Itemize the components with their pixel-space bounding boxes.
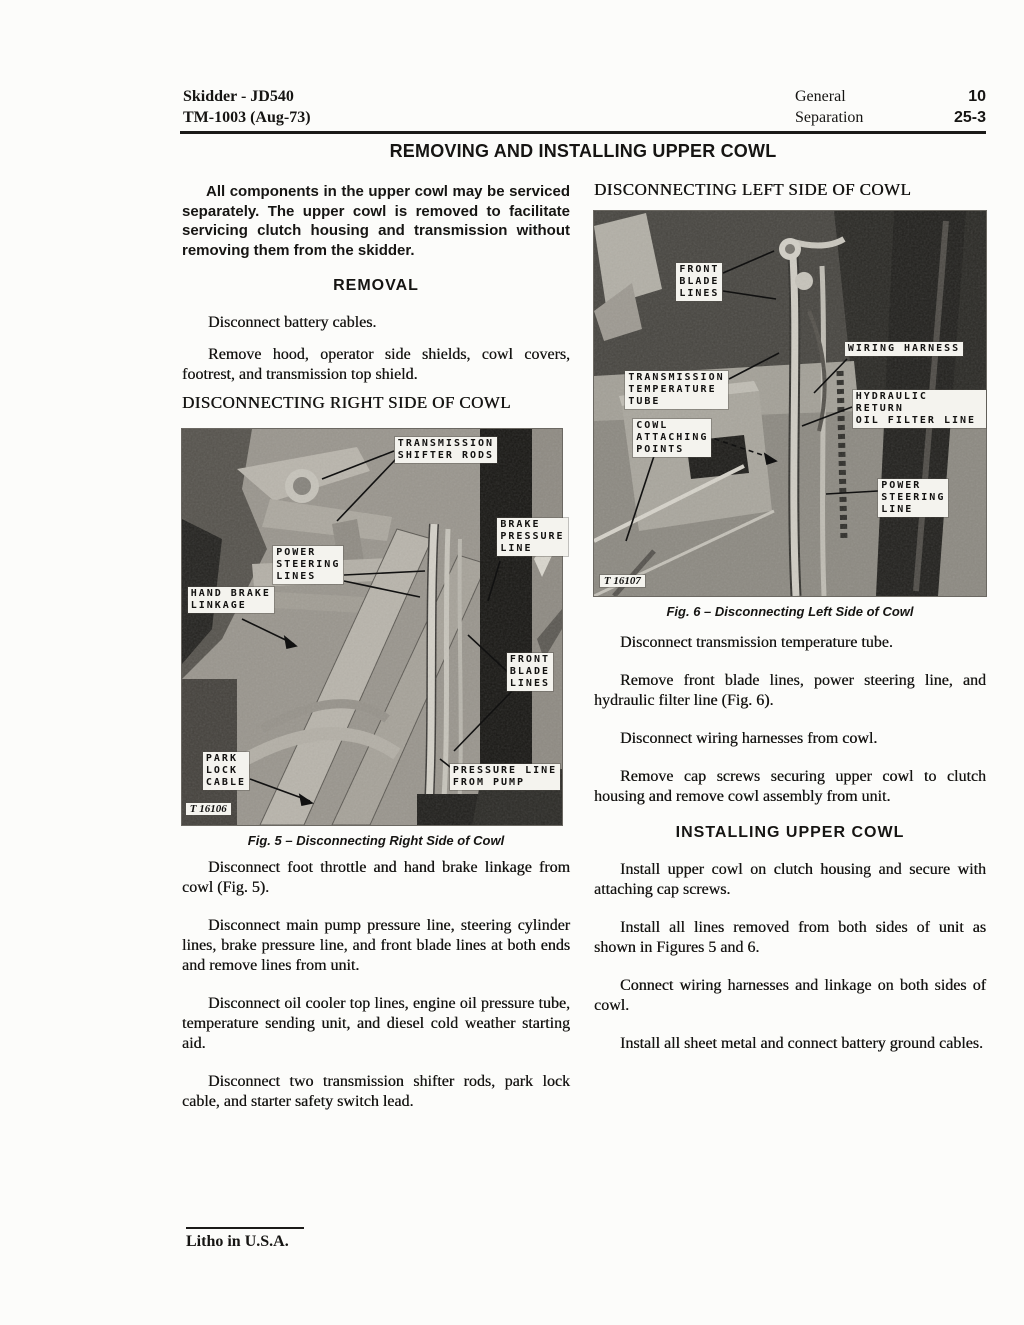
paragraph-oilcooler: Disconnect oil cooler top lines, engine … (182, 994, 570, 1054)
fig5-label-power-steering-lines: POWER STEERING LINES (273, 546, 343, 584)
header-model: Skidder - JD540 (183, 86, 311, 107)
header-group-number: 25-3 (954, 107, 986, 128)
paragraph-throttle: Disconnect foot throttle and hand brake … (182, 858, 570, 898)
figure-5-photo: TRANSMISSION SHIFTER RODS BRAKE PRESSURE… (182, 429, 562, 825)
fig5-photo-id: T 16106 (186, 803, 231, 815)
footer-litho: Litho in U.S.A. (186, 1233, 304, 1251)
intro-paragraph: All components in the upper cowl may be … (182, 182, 570, 260)
removal-heading: REMOVAL (182, 277, 570, 295)
disconnect-left-heading: DISCONNECTING LEFT SIDE OF COWL (594, 180, 986, 200)
page-title: REMOVING AND INSTALLING UPPER COWL (180, 141, 986, 162)
paragraph-wiring-harnesses: Disconnect wiring harnesses from cowl. (594, 729, 986, 749)
paragraph-hood: Remove hood, operator side shields, cowl… (182, 345, 570, 385)
installing-heading: INSTALLING UPPER COWL (594, 824, 986, 842)
figure-5-caption: Fig. 5 – Disconnecting Right Side of Cow… (182, 833, 570, 848)
fig5-label-hand-brake-linkage: HAND BRAKE LINKAGE (188, 587, 274, 613)
fig6-label-front-blade-lines: FRONT BLADE LINES (676, 263, 722, 301)
figure-6-caption: Fig. 6 – Disconnecting Left Side of Cowl (594, 604, 986, 619)
paragraph-battery: Disconnect battery cables. (182, 313, 570, 333)
paragraph-cap-screws: Remove cap screws securing upper cowl to… (594, 767, 986, 807)
paragraph-mainpump: Disconnect main pump pressure line, stee… (182, 916, 570, 976)
fig6-label-transmission-temperature-tube: TRANSMISSION TEMPERATURE TUBE (625, 371, 727, 409)
fig5-label-transmission-shifter-rods: TRANSMISSION SHIFTER RODS (395, 437, 497, 463)
fig6-label-cowl-attaching-points: COWL ATTACHING POINTS (633, 419, 711, 457)
header-rule (180, 131, 986, 134)
right-column: DISCONNECTING LEFT SIDE OF COWL (594, 180, 986, 1054)
fig6-label-wiring-harness: WIRING HARNESS (845, 342, 963, 356)
fig5-label-park-lock-cable: PARK LOCK CABLE (203, 752, 249, 790)
header-section-name: General (795, 86, 846, 107)
header-section-number: 10 (968, 86, 986, 107)
header-group-name: Separation (795, 107, 863, 128)
header-manual-number: TM-1003 (Aug-73) (183, 107, 311, 128)
left-column: All components in the upper cowl may be … (182, 176, 570, 1112)
header-right: General 10 Separation 25-3 (795, 86, 986, 128)
paragraph-install-cowl: Install upper cowl on clutch housing and… (594, 860, 986, 900)
fig5-label-front-blade-lines: FRONT BLADE LINES (507, 653, 553, 691)
fig5-label-brake-pressure-line: BRAKE PRESSURE LINE (497, 518, 567, 556)
fig6-label-power-steering-line: POWER STEERING LINE (878, 479, 948, 517)
paragraph-shifter-rods: Disconnect two transmission shifter rods… (182, 1072, 570, 1112)
figure-6-photo: FRONT BLADE LINES WIRING HARNESS TRANSMI… (594, 211, 986, 596)
paragraph-connect-wiring: Connect wiring harnesses and linkage on … (594, 976, 986, 1016)
header-left: Skidder - JD540 TM-1003 (Aug-73) (183, 86, 311, 128)
paragraph-remove-lines: Remove front blade lines, power steering… (594, 671, 986, 711)
disconnect-right-heading: DISCONNECTING RIGHT SIDE OF COWL (182, 393, 570, 413)
paragraph-sheet-metal: Install all sheet metal and connect batt… (594, 1034, 986, 1054)
fig6-photo-id: T 16107 (600, 575, 645, 587)
manual-page: Skidder - JD540 TM-1003 (Aug-73) General… (0, 0, 1024, 1325)
footer-rule (186, 1227, 304, 1229)
footer: Litho in U.S.A. (186, 1227, 304, 1251)
paragraph-install-lines: Install all lines removed from both side… (594, 918, 986, 958)
paragraph-temperature-tube: Disconnect transmission temperature tube… (594, 633, 986, 653)
fig6-label-hydraulic-return-oil-filter-line: HYDRAULIC RETURN OIL FILTER LINE (853, 390, 986, 428)
fig5-label-pressure-line-from-pump: PRESSURE LINE FROM PUMP (450, 764, 560, 790)
